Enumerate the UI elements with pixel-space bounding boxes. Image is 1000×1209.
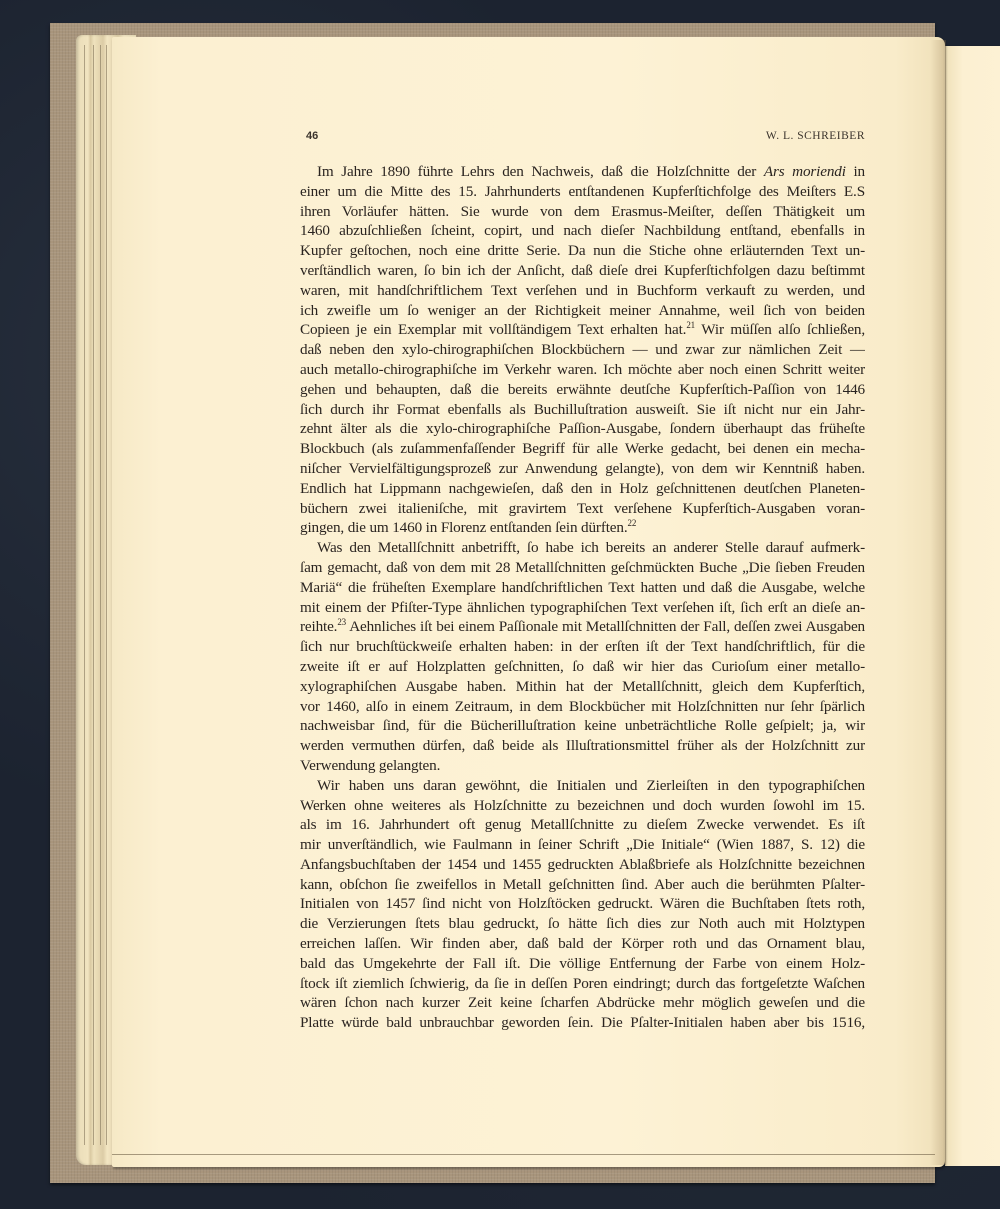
text-line: waren, mit handſchriftlichem Text verſeh… [300,281,865,301]
paragraph: Im Jahre 1890 führte Lehrs den Nachweis,… [300,162,865,538]
text-line: gehen und behaupten, daß die bereits erw… [300,380,865,400]
page-edge-line [106,45,107,1145]
text-line: 1460 abzuſchließen ſcheint, copirt, und … [300,221,865,241]
footnote-marker: 22 [628,518,637,528]
text-line: ich zweifle um ſo weniger an der Richtig… [300,301,865,321]
gutter-shadow [930,40,946,1165]
text-line: Platte würde bald unbrauchbar geworden ſ… [300,1013,865,1033]
text-line: als im 16. Jahrhundert oft genug Metallſ… [300,815,865,835]
text-line: Was den Metallſchnitt anbetrifft, ſo hab… [300,538,865,558]
text-line: zehnt älter als die xylo-chirographiſche… [300,419,865,439]
text-line: zweite iſt er auf Holzplatten geſchnitte… [300,657,865,677]
text-line: xylographiſchen Ausgabe haben. Mithin ha… [300,677,865,697]
page-edge-line [100,45,101,1145]
text-line: niſcher Vervielfältigungsprozeß zur Anwe… [300,459,865,479]
text-line: vor 1460, alſo in einem Zeitraum, in dem… [300,697,865,717]
text-line: verſtändlich waren, ſo bin ich der Anſic… [300,261,865,281]
footnote-marker: 21 [686,320,695,330]
text-line: werden vermuthen dürfen, daß beide als I… [300,736,865,756]
text-line: Kupfer geſtochen, noch eine dritte Serie… [300,241,865,261]
text-line: nachweisbar ſind, für die Bücherilluſtra… [300,716,865,736]
text-line: gingen, die um 1460 in Florenz entſtande… [300,518,865,538]
text-line: erreichen laſſen. Wir finden aber, daß b… [300,934,865,954]
text-line: Anfangsbuchſtaben der 1454 und 1455 gedr… [300,855,865,875]
text-block: 46 W. L. SCHREIBER Im Jahre 1890 führte … [300,130,865,1033]
text-line: mit einem der Pfiſter-Type ähnlichen typ… [300,598,865,618]
text-line: reihte.23 Aehnliches iſt bei einem Paſſi… [300,617,865,637]
text-line: ſtock iſt ziemlich ſchwierig, da ſie in … [300,974,865,994]
text-line: Werken ohne weiteres als Holzſchnitte zu… [300,796,865,816]
text-line: daß neben den xylo-chirographiſchen Bloc… [300,340,865,360]
page-number: 46 [300,130,318,142]
italic-title: Ars moriendi [764,163,846,180]
text-line: mir unverſtändlich, wie Faulmann in ſein… [300,835,865,855]
page-bottom-edge [112,1154,935,1155]
text-line: Im Jahre 1890 führte Lehrs den Nachweis,… [300,162,865,182]
text-line: ſich durch ihr Format ebenfalls als Buch… [300,400,865,420]
text-line: Endlich hat Lippmann nachgewieſen, daß d… [300,479,865,499]
running-head-author: W. L. SCHREIBER [766,130,865,142]
paragraph: Wir haben uns daran gewöhnt, die Initial… [300,776,865,1033]
text-line: Mariä“ die früheſten Exemplare handſchri… [300,578,865,598]
text-line: ſich nur bruchſtückweiſe erhalten haben:… [300,637,865,657]
footnote-marker: 23 [337,617,346,627]
text-line: Blockbuch (als zuſammenfaſſender Begriff… [300,439,865,459]
text-line: bald das Umgekehrte der Fall iſt. Die vö… [300,954,865,974]
text-line: Initialen von 1457 ſind nicht von Holzſt… [300,894,865,914]
page-edge-line [84,45,85,1145]
text-line: einer um die Mitte des 15. Jahrhunderts … [300,182,865,202]
text-line: wären ſchon nach kurzer Zeit keine ſchar… [300,993,865,1013]
text-line: Verwendung gelangten. [300,756,865,776]
text-line: Wir haben uns daran gewöhnt, die Initial… [300,776,865,796]
body-text: Im Jahre 1890 führte Lehrs den Nachweis,… [300,162,865,1033]
text-line: Copieen je ein Exemplar mit vollſtändige… [300,320,865,340]
text-line: ſam gemacht, daß von dem mit 28 Metallſc… [300,558,865,578]
running-head: 46 W. L. SCHREIBER [300,130,865,148]
paragraph: Was den Metallſchnitt anbetrifft, ſo hab… [300,538,865,776]
page-edge-line [93,45,94,1145]
text-line: auch metallo-chirographiſche im Verkehr … [300,360,865,380]
facing-page [945,46,1000,1166]
text-line: die Verzierungen ſtets blau gedruckt, ſo… [300,914,865,934]
text-line: ihren Vorläufer hätten. Sie wurde von de… [300,202,865,222]
text-line: kann, obſchon ſie zweifellos in Metall g… [300,875,865,895]
text-line: büchern zwei italieniſche, mit gravirtem… [300,499,865,519]
